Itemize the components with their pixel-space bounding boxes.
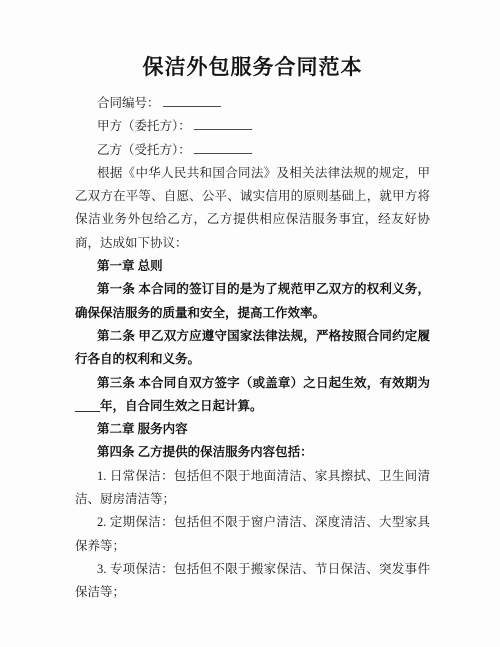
contract-document-page: 保洁外包服务合同范本 合同编号： 甲方（委托方）： 乙方（受托方）： 根据《中华…: [0, 0, 500, 647]
party-a-line: 甲方（委托方）：: [75, 115, 430, 138]
service-item-special: 3. 专项保洁：包括但不限于搬家保洁、节日保洁、突发事件保洁等；: [75, 558, 430, 605]
service-item-periodic: 2. 定期保洁：包括但不限于窗户清洁、深度清洁、大型家具保养等；: [75, 511, 430, 558]
party-b-blank: [194, 141, 252, 154]
chapter-2-heading: 第二章 服务内容: [75, 418, 430, 441]
article-4-paragraph: 第四条 乙方提供的保洁服务内容包括：: [75, 441, 430, 464]
contract-number-label: 合同编号：: [97, 96, 160, 110]
chapter-1-heading: 第一章 总则: [75, 255, 430, 278]
contract-number-blank: [163, 94, 221, 107]
party-a-blank: [194, 117, 252, 130]
intro-paragraph: 根据《中华人民共和国合同法》及相关法律法规的规定，甲乙双方在平等、自愿、公平、诚…: [75, 162, 430, 255]
party-b-label: 乙方（受托方）：: [97, 143, 191, 157]
service-item-daily: 1. 日常保洁：包括但不限于地面清洁、家具擦拭、卫生间清洁、厨房清洁等；: [75, 465, 430, 512]
article-2-paragraph: 第二条 甲乙双方应遵守国家法律法规，严格按照合同约定履行各自的权利和义务。: [75, 325, 430, 372]
article-1-paragraph: 第一条 本合同的签订目的是为了规范甲乙双方的权利义务，确保保洁服务的质量和安全，…: [75, 278, 430, 325]
article-3-paragraph: 第三条 本合同自双方签字（或盖章）之日起生效，有效期为____年，自合同生效之日…: [75, 372, 430, 419]
party-a-label: 甲方（委托方）：: [97, 119, 191, 133]
document-title: 保洁外包服务合同范本: [75, 52, 430, 82]
contract-number-line: 合同编号：: [75, 92, 430, 115]
party-b-line: 乙方（受托方）：: [75, 139, 430, 162]
